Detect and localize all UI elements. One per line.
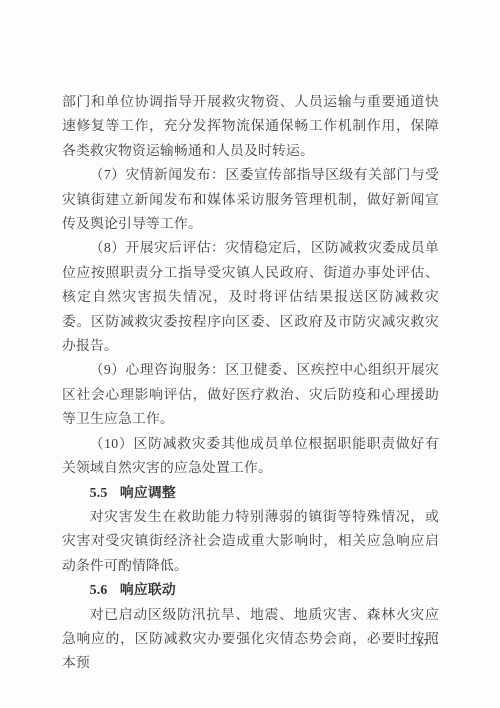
heading-number: 5.6	[90, 582, 108, 597]
paragraph-item-7: （7）灾情新闻发布：区委宣传部指导区级有关部门与受灾镇街建立新闻发布和媒体采访服…	[62, 163, 439, 236]
section-heading-5-6: 5.6响应联动	[62, 578, 439, 602]
paragraph-response-adjust: 对灾害发生在救助能力特别薄弱的镇街等特殊情况，或灾害对受灾镇街经济社会造成重大影…	[62, 505, 439, 578]
paragraph-item-10: （10）区防减救灾委其他成员单位根据职能职责做好有关领域自然灾害的应急处置工作。	[62, 432, 439, 481]
page-number: - 17 -	[408, 637, 438, 649]
heading-title: 响应联动	[120, 582, 176, 597]
heading-title: 响应调整	[120, 485, 176, 500]
paragraph-response-linkage: 对已启动区级防汛抗旱、地震、地质灾害、森林火灾应急响应的，区防减救灾办要强化灾情…	[62, 603, 439, 676]
section-heading-5-5: 5.5响应调整	[62, 481, 439, 505]
heading-number: 5.5	[90, 485, 108, 500]
paragraph-continuation: 部门和单位协调指导开展救灾物资、人员运输与重要通道快速修复等工作，充分发挥物流保…	[62, 90, 439, 163]
paragraph-item-8: （8）开展灾后评估：灾情稳定后，区防减救灾委成员单位应按照职责分工指导受灾镇人民…	[62, 236, 439, 358]
text-block: 部门和单位协调指导开展救灾物资、人员运输与重要通道快速修复等工作，充分发挥物流保…	[62, 90, 439, 676]
document-page: 部门和单位协调指导开展救灾物资、人员运输与重要通道快速修复等工作，充分发挥物流保…	[0, 0, 500, 708]
paragraph-item-9: （9）心理咨询服务：区卫健委、区疾控中心组织开展灾区社会心理影响评估，做好医疗救…	[62, 358, 439, 431]
